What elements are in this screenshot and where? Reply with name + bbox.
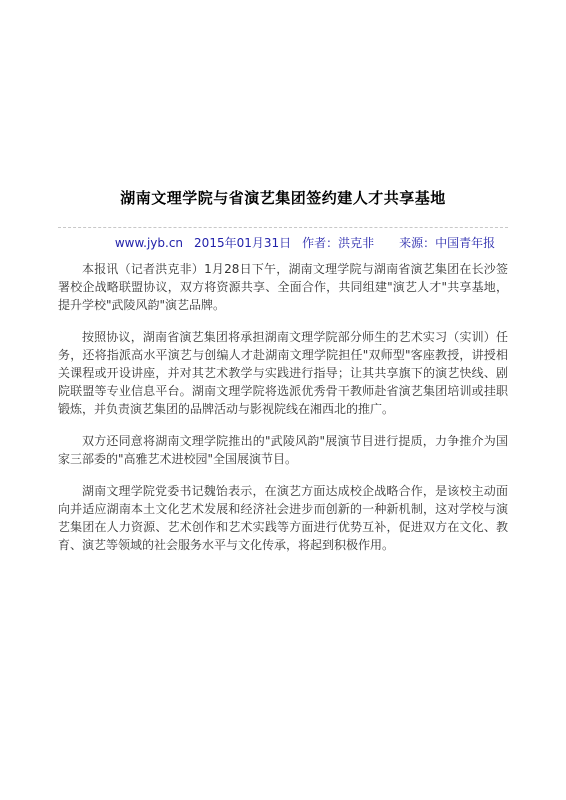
article-source: 来源：中国青年报 <box>399 236 495 250</box>
article-paragraph-1: 本报讯（记者洪克非）1月28日下午，湖南文理学院与湖南省演艺集团在长沙签署校企战… <box>58 260 508 314</box>
site-url: www.jyb.cn <box>115 236 183 250</box>
article-page: 湖南文理学院与省演艺集团签约建人才共享基地 www.jyb.cn2015年01月… <box>0 0 566 554</box>
article-paragraph-3: 双方还同意将湖南文理学院推出的"武陵风韵"展演节目进行提质，力争推介为国家三部委… <box>58 432 508 468</box>
article-meta-bar: www.jyb.cn2015年01月31日作者：洪克非来源：中国青年报 <box>0 236 566 250</box>
article-title: 湖南文理学院与省演艺集团签约建人才共享基地 <box>0 188 566 208</box>
article-body: 本报讯（记者洪克非）1月28日下午，湖南文理学院与湖南省演艺集团在长沙签署校企战… <box>58 260 508 554</box>
publish-date: 2015年01月31日 <box>194 236 291 250</box>
article-author: 作者：洪克非 <box>302 236 374 250</box>
article-paragraph-2: 按照协议，湖南省演艺集团将承担湖南文理学院部分师生的艺术实习（实训）任务，还将指… <box>58 328 508 418</box>
dashed-divider <box>58 227 508 228</box>
article-paragraph-4: 湖南文理学院党委书记魏饴表示，在演艺方面达成校企战略合作，是该校主动面向并适应湖… <box>58 482 508 554</box>
